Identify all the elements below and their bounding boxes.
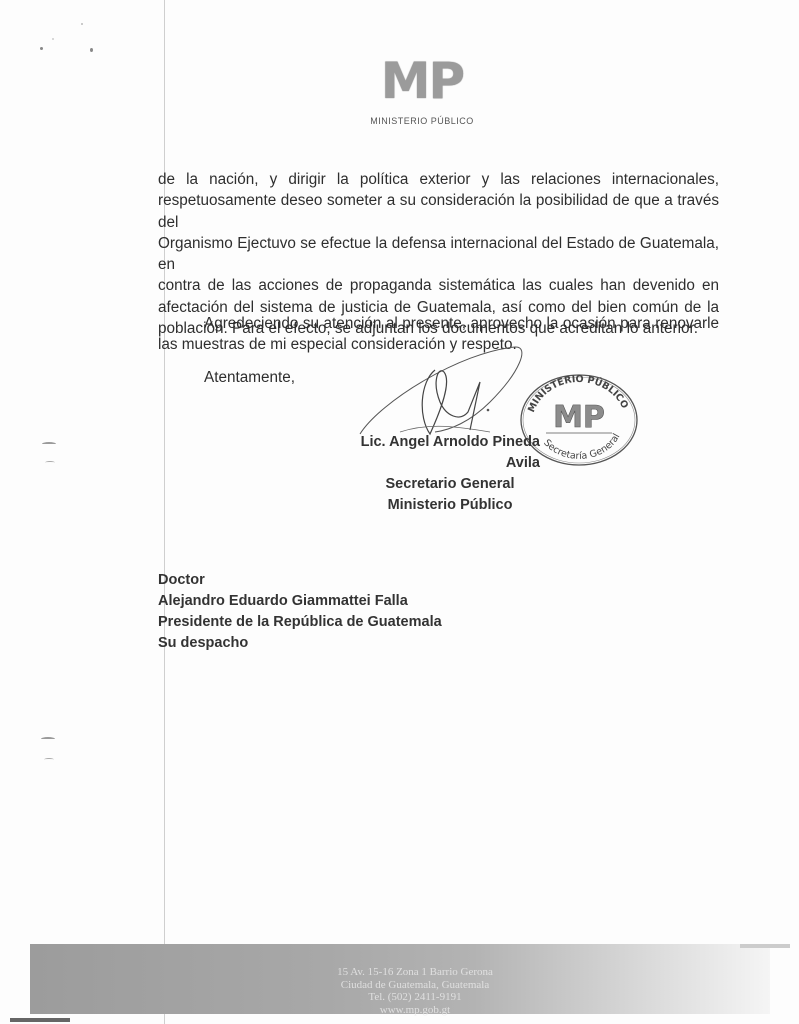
scan-speck — [81, 23, 83, 25]
footer-line: Ciudad de Guatemala, Guatemala — [300, 979, 530, 992]
scan-speck — [52, 38, 54, 40]
addressee-delivery: Su despacho — [158, 633, 442, 654]
signer-title: Secretario General — [330, 474, 570, 495]
text-line: Organismo Ejectuvo se efectue la defensa… — [158, 233, 719, 276]
hole-punch-mark — [42, 442, 56, 446]
logo-caption: MINISTERIO PÚBLICO — [368, 116, 476, 126]
signature-block: Lic. Angel Arnoldo Pineda Avila Secretar… — [330, 432, 570, 516]
scan-edge-shadow — [10, 1018, 70, 1022]
footer-address: 15 Av. 15-16 Zona 1 Barrio Gerona Ciudad… — [300, 966, 530, 1016]
closing-salutation: Atentamente, — [204, 369, 295, 387]
footer-website: www.mp.gob.gt — [300, 1004, 530, 1017]
scan-fold-line — [164, 0, 165, 1024]
text-line: contra de las acciones de propaganda sis… — [158, 275, 719, 296]
seal-center-text: MP — [553, 400, 605, 435]
footer-line: 15 Av. 15-16 Zona 1 Barrio Gerona — [300, 966, 530, 979]
letterhead-logo: MP MINISTERIO PÚBLICO — [368, 56, 476, 126]
hole-punch-mark — [41, 737, 55, 741]
signer-name: Lic. Angel Arnoldo Pineda Avila — [330, 432, 570, 474]
text-line: de la nación, y dirigir la política exte… — [158, 169, 719, 190]
scanned-letter-page: MP MINISTERIO PÚBLICO de la nación, y di… — [0, 0, 799, 1024]
addressee-name: Alejandro Eduardo Giammattei Falla — [158, 591, 442, 612]
text-line: respetuosamente deseo someter a su consi… — [158, 190, 719, 233]
addressee-position: Presidente de la República de Guatemala — [158, 612, 442, 633]
addressee-block: Doctor Alejandro Eduardo Giammattei Fall… — [158, 570, 442, 654]
mp-logo-mark: MP — [368, 56, 476, 106]
hole-punch-mark — [44, 758, 54, 761]
scan-speck — [90, 48, 93, 52]
footer-line: Tel. (502) 2411-9191 — [300, 991, 530, 1004]
addressee-honorific: Doctor — [158, 570, 442, 591]
text-line: Agredeciendo su atención al presente, ap… — [158, 313, 719, 334]
signer-institution: Ministerio Público — [330, 495, 570, 516]
scan-speck — [40, 47, 43, 50]
hole-punch-mark — [45, 461, 55, 464]
footer-edge-mark — [740, 944, 790, 948]
